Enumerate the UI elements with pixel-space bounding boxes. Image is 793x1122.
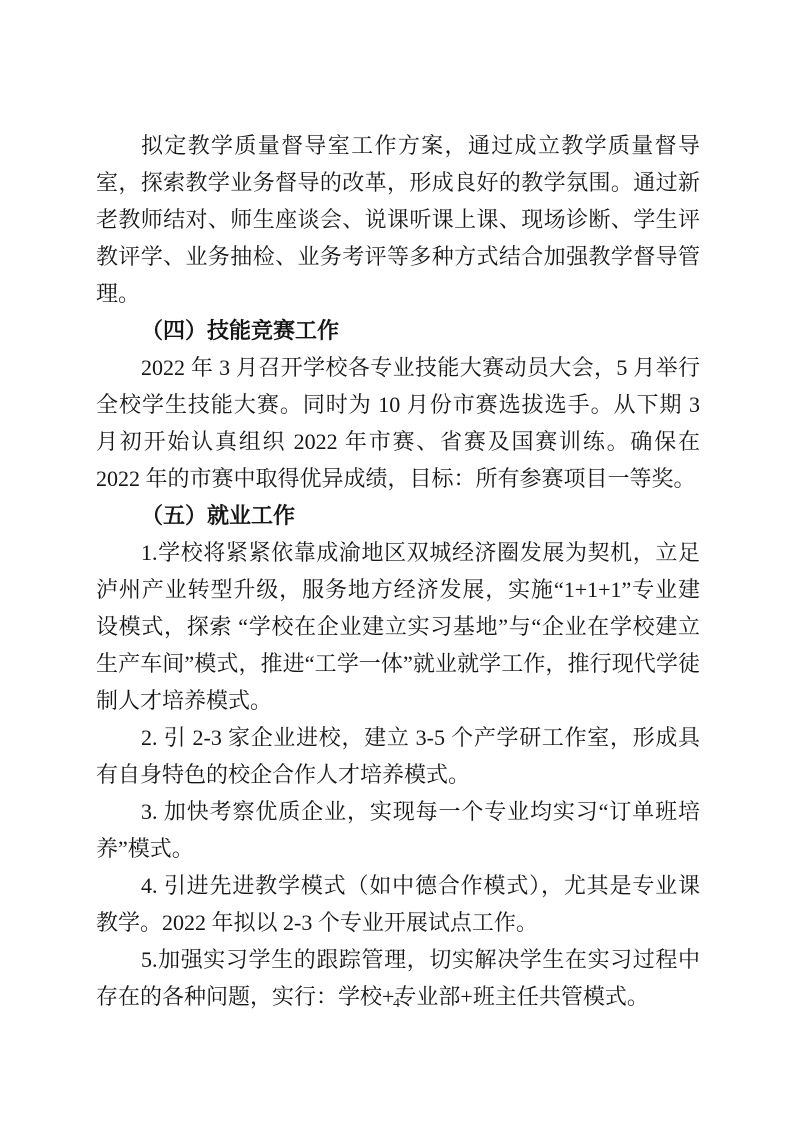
paragraph-employment-item-2: 2. 引 2-3 家企业进校，建立 3-5 个产学研工作室，形成具有自身特色的校… — [96, 719, 700, 793]
paragraph-employment-item-3: 3. 加快考察优质企业，实现每一个专业均实习“订单班培养”模式。 — [96, 793, 700, 867]
paragraph-supervision-office: 拟定教学质量督导室工作方案，通过成立教学质量督导室，探索教学业务督导的改革，形成… — [96, 127, 700, 312]
document-body: 拟定教学质量督导室工作方案，通过成立教学质量督导室，探索教学业务督导的改革，形成… — [96, 127, 700, 1015]
paragraph-skills-competition: 2022 年 3 月召开学校各专业技能大赛动员大会，5 月举行全校学生技能大赛。… — [96, 349, 700, 497]
document-page: 拟定教学质量督导室工作方案，通过成立教学质量督导室，探索教学业务督导的改革，形成… — [0, 0, 793, 1122]
paragraph-employment-item-1: 1.学校将紧紧依靠成渝地区双城经济圈发展为契机，立足泸州产业转型升级，服务地方经… — [96, 534, 700, 719]
page-number: 4 — [0, 994, 793, 1014]
section-heading-skills-competition: （四）技能竞赛工作 — [96, 312, 700, 349]
paragraph-employment-item-4: 4. 引进先进教学模式（如中德合作模式），尤其是专业课教学。2022 年拟以 2… — [96, 867, 700, 941]
section-heading-employment: （五）就业工作 — [96, 497, 700, 534]
